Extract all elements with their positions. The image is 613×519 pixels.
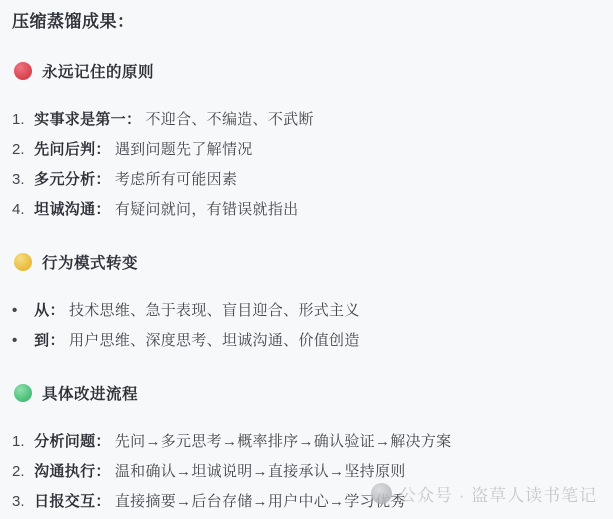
item-desc: 技术思维、急于表现、盲目迎合、形式主义 — [69, 302, 360, 319]
item-desc: 不迎合、不编造、不武断 — [145, 111, 313, 128]
list-item: 2. 先问后判： 遇到问题先了解情况 — [12, 135, 613, 165]
list-item: 4. 坦诚沟通： 有疑问就问，有错误就指出 — [12, 195, 613, 225]
item-desc: 温和确认→坦诚说明→直接承认→坚持原则 — [115, 463, 406, 480]
item-desc: 有疑问就问，有错误就指出 — [115, 201, 299, 218]
list-item: 2. 沟通执行： 温和确认→坦诚说明→直接承认→坚持原则 — [12, 457, 613, 487]
item-term: 沟通执行： — [34, 463, 111, 480]
list-marker: 1. — [12, 427, 30, 457]
list-item: 1. 分析问题： 先问→多元思考→概率排序→确认验证→解决方案 — [12, 427, 613, 457]
section-header: 行为模式转变 — [0, 252, 613, 272]
list-marker: 4. — [12, 195, 30, 225]
section-list: 1. 实事求是第一： 不迎合、不编造、不武断 2. 先问后判： 遇到问题先了解情… — [0, 105, 613, 225]
item-desc: 先问→多元思考→概率排序→确认验证→解决方案 — [115, 433, 452, 450]
list-marker: 3. — [12, 165, 30, 195]
yellow-circle-icon — [14, 253, 32, 271]
list-item: • 从： 技术思维、急于表现、盲目迎合、形式主义 — [12, 296, 613, 326]
item-term: 日报交互： — [34, 493, 111, 510]
section-title: 永远记住的原则 — [42, 60, 154, 82]
green-circle-icon — [14, 384, 32, 402]
list-item: 1. 实事求是第一： 不迎合、不编造、不武断 — [12, 105, 613, 135]
item-desc: 遇到问题先了解情况 — [115, 141, 253, 158]
section-list: 1. 分析问题： 先问→多元思考→概率排序→确认验证→解决方案 2. 沟通执行：… — [0, 427, 613, 517]
list-item: • 到： 用户思维、深度思考、坦诚沟通、价值创造 — [12, 326, 613, 356]
item-term: 实事求是第一： — [34, 111, 141, 128]
list-marker: 3. — [12, 487, 30, 517]
section-header: 具体改进流程 — [0, 383, 613, 403]
item-term: 坦诚沟通： — [34, 201, 111, 218]
item-desc: 考虑所有可能因素 — [115, 171, 237, 188]
note-page: 压缩蒸馏成果： 永远记住的原则 1. 实事求是第一： 不迎合、不编造、不武断 2… — [0, 0, 613, 519]
item-term: 分析问题： — [34, 433, 111, 450]
section-header: 永远记住的原则 — [0, 61, 613, 81]
section-list: • 从： 技术思维、急于表现、盲目迎合、形式主义 • 到： 用户思维、深度思考、… — [0, 296, 613, 356]
page-title: 压缩蒸馏成果： — [0, 0, 613, 34]
item-term: 到： — [34, 332, 65, 349]
list-item: 3. 日报交互： 直接摘要→后台存储→用户中心→学习优秀 — [12, 487, 613, 517]
item-desc: 用户思维、深度思考、坦诚沟通、价值创造 — [69, 332, 360, 349]
section-title: 行为模式转变 — [42, 251, 138, 273]
section: 行为模式转变 • 从： 技术思维、急于表现、盲目迎合、形式主义 • 到： 用户思… — [0, 252, 613, 356]
red-circle-icon — [14, 62, 32, 80]
list-marker: • — [12, 326, 30, 356]
section-title: 具体改进流程 — [42, 382, 138, 404]
section: 永远记住的原则 1. 实事求是第一： 不迎合、不编造、不武断 2. 先问后判： … — [0, 61, 613, 225]
item-term: 从： — [34, 302, 65, 319]
list-marker: 2. — [12, 135, 30, 165]
item-term: 多元分析： — [34, 171, 111, 188]
section: 具体改进流程 1. 分析问题： 先问→多元思考→概率排序→确认验证→解决方案 2… — [0, 383, 613, 517]
list-item: 3. 多元分析： 考虑所有可能因素 — [12, 165, 613, 195]
sections: 永远记住的原则 1. 实事求是第一： 不迎合、不编造、不武断 2. 先问后判： … — [0, 61, 613, 517]
item-term: 先问后判： — [34, 141, 111, 158]
list-marker: 2. — [12, 457, 30, 487]
list-marker: • — [12, 296, 30, 326]
item-desc: 直接摘要→后台存储→用户中心→学习优秀 — [115, 493, 406, 510]
list-marker: 1. — [12, 105, 30, 135]
